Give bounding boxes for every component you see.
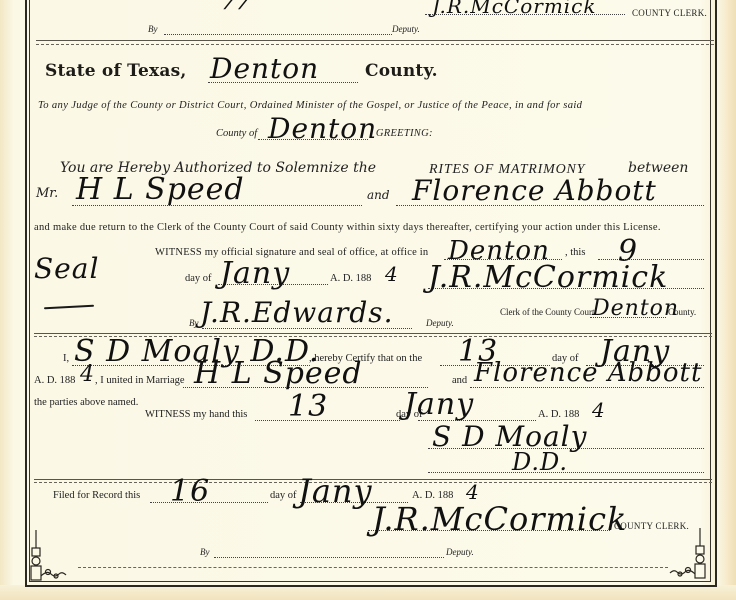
county-of-label: County of <box>216 128 257 139</box>
top-clerk-signature: J.R.McCormick <box>432 0 597 18</box>
filing-deputy-label: Deputy. <box>446 547 474 557</box>
deputy-signature: J.R.Edwards. <box>200 296 394 329</box>
groom-name-handwritten: H L Speed <box>76 172 245 207</box>
address-line: To any Judge of the County or District C… <box>38 100 582 111</box>
filing-deputy-line <box>214 557 444 558</box>
i-label: I, <box>63 353 69 364</box>
mr-label: Mr. <box>36 186 58 201</box>
united-text: , I united in Marriage <box>95 375 185 386</box>
top-county-clerk-label: COUNTY CLERK. <box>632 8 707 18</box>
paper-edge-right <box>716 0 736 600</box>
license-year-handwritten: 4 <box>385 262 399 286</box>
filed-month-handwritten: Jany <box>298 472 373 510</box>
filing-by-label: By <box>200 547 210 557</box>
greeting-label: , GREETING: <box>370 128 433 139</box>
witness-official-text: WITNESS my official signature and seal o… <box>155 247 428 258</box>
seal-handwritten: Seal <box>34 252 99 285</box>
witness-hand-text: WITNESS my hand this <box>145 409 247 420</box>
clerk-county-handwritten: Denton <box>592 296 679 321</box>
state-of-texas-title: State of Texas, <box>45 61 186 81</box>
county-title: County. <box>365 61 438 81</box>
deputy-label: Deputy. <box>426 318 454 328</box>
cert-and-label: and <box>452 375 467 386</box>
witness-month-handwritten: Jany <box>404 387 474 422</box>
clerk-of-court-label: Clerk of the County Court <box>500 307 595 317</box>
ad-label: A. D. 188 <box>330 273 371 284</box>
cert-year-handwritten: 4 <box>80 362 95 387</box>
by-label: By <box>189 318 199 328</box>
officiant-title: D.D. <box>512 448 568 476</box>
witness-ad-label: A. D. 188 <box>538 409 579 420</box>
witness-year-handwritten: 4 <box>592 398 606 422</box>
filing-clerk-signature: J.R.McCormick <box>372 500 627 538</box>
divider <box>34 482 712 483</box>
top-fragment-scrawl: ⁄ ⁄ <box>230 0 250 16</box>
top-deputy-label: Deputy. <box>392 24 420 34</box>
top-by-line <box>164 34 392 35</box>
filed-day-handwritten: 16 <box>170 474 210 509</box>
cert-bride-handwritten: Florence Abbott <box>474 358 702 388</box>
divider <box>78 567 668 568</box>
filed-text: Filed for Record this <box>53 490 140 501</box>
top-by-label: By <box>148 24 158 34</box>
license-month-handwritten: Jany <box>220 256 290 291</box>
return-clause: and make due return to the Clerk of the … <box>34 222 661 233</box>
header-county-handwritten: Denton <box>210 52 319 85</box>
divider <box>36 44 714 45</box>
divider <box>36 40 714 41</box>
paper-edge-bottom <box>0 585 736 600</box>
document-page: ⁄ ⁄ By Deputy. J.R.McCormick COUNTY CLER… <box>0 0 736 600</box>
cert-groom-handwritten: H L Speed <box>194 356 363 391</box>
and-label: and <box>367 188 390 202</box>
bride-name-handwritten: Florence Abbott <box>412 174 657 207</box>
clerk-signature: J.R.McCormick <box>428 260 668 295</box>
day-of-label: day of <box>185 273 212 284</box>
county-label: County. <box>668 307 696 317</box>
address-county-handwritten: Denton <box>268 112 377 145</box>
corner-ornament-right-icon <box>668 526 708 581</box>
filed-day-of-label: day of <box>270 490 297 501</box>
divider <box>34 479 712 480</box>
witness-day-handwritten: 13 <box>288 389 328 424</box>
cert-ad-label: A. D. 188 <box>34 375 75 386</box>
header-county-line <box>208 82 358 83</box>
this-label: , this <box>565 247 585 258</box>
parties-text: the parties above named. <box>34 397 138 408</box>
corner-ornament-left-icon <box>28 528 68 583</box>
